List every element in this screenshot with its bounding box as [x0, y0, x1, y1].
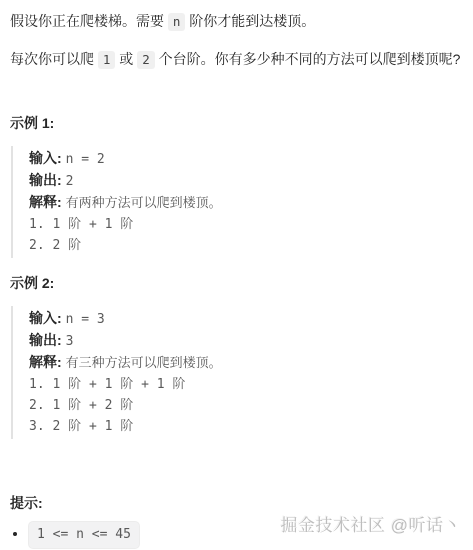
code-line: 解释: 有两种方法可以爬到楼顶。	[29, 192, 461, 214]
code-line-text: 3	[66, 334, 74, 349]
code-line-text: 2. 1 阶 + 2 阶	[29, 398, 133, 413]
code-line-text: n = 2	[66, 152, 105, 167]
explanation-label: 解释:	[29, 194, 66, 210]
statement-text: 阶你才能到达楼顶。	[185, 13, 315, 29]
problem-description-page: 假设你正在爬楼梯。需要 n 阶你才能到达楼顶。 每次你可以爬 1 或 2 个台阶…	[0, 0, 473, 550]
code-line-text: 2	[66, 174, 74, 189]
statement-text: 每次你可以爬	[10, 51, 98, 67]
code-line-text: 1. 1 阶 + 1 阶 + 1 阶	[29, 377, 185, 392]
input-label: 输入:	[29, 310, 66, 326]
example-1-heading: 示例 1:	[10, 112, 461, 134]
code-line: 解释: 有三种方法可以爬到楼顶。	[29, 352, 461, 374]
code-line-text: 3. 2 阶 + 1 阶	[29, 419, 133, 434]
inline-code-1: 1	[98, 51, 116, 69]
code-line-text: 有两种方法可以爬到楼顶。	[66, 196, 222, 211]
output-label: 输出:	[29, 332, 66, 348]
statement-text: 或	[115, 51, 137, 67]
code-line-text: 1. 1 阶 + 1 阶	[29, 217, 133, 232]
code-line-text: 2. 2 阶	[29, 238, 81, 253]
inline-code-n: n	[168, 13, 186, 31]
constraint-code-chip: 1 <= n <= 45	[28, 521, 140, 549]
code-line: 输出: 2	[29, 170, 461, 192]
code-line: 1. 1 阶 + 1 阶 + 1 阶	[29, 374, 461, 395]
code-line: 1. 1 阶 + 1 阶	[29, 214, 461, 235]
problem-statement-paragraph-1: 假设你正在爬楼梯。需要 n 阶你才能到达楼顶。	[10, 10, 461, 32]
code-line: 2. 1 阶 + 2 阶	[29, 395, 461, 416]
example-1-code-block: 输入: n = 2 输出: 2 解释: 有两种方法可以爬到楼顶。 1. 1 阶 …	[11, 146, 461, 258]
inline-code-2: 2	[137, 51, 155, 69]
code-line: 输入: n = 3	[29, 308, 461, 330]
problem-statement-paragraph-2: 每次你可以爬 1 或 2 个台阶。你有多少种不同的方法可以爬到楼顶呢?	[10, 48, 461, 70]
watermark: 掘金技术社区 @听话丶	[281, 511, 461, 536]
code-line: 3. 2 阶 + 1 阶	[29, 416, 461, 437]
input-label: 输入:	[29, 150, 66, 166]
code-line-text: n = 3	[66, 312, 105, 327]
code-line: 输入: n = 2	[29, 148, 461, 170]
code-line: 2. 2 阶	[29, 235, 461, 256]
explanation-label: 解释:	[29, 354, 66, 370]
output-label: 输出:	[29, 172, 66, 188]
example-2-code-block: 输入: n = 3 输出: 3 解释: 有三种方法可以爬到楼顶。 1. 1 阶 …	[11, 306, 461, 439]
example-2-heading: 示例 2:	[10, 272, 461, 294]
code-line: 输出: 3	[29, 330, 461, 352]
code-line-text: 有三种方法可以爬到楼顶。	[66, 356, 222, 371]
statement-text: 假设你正在爬楼梯。需要	[10, 13, 168, 29]
statement-text: 个台阶。你有多少种不同的方法可以爬到楼顶呢?	[155, 51, 461, 67]
